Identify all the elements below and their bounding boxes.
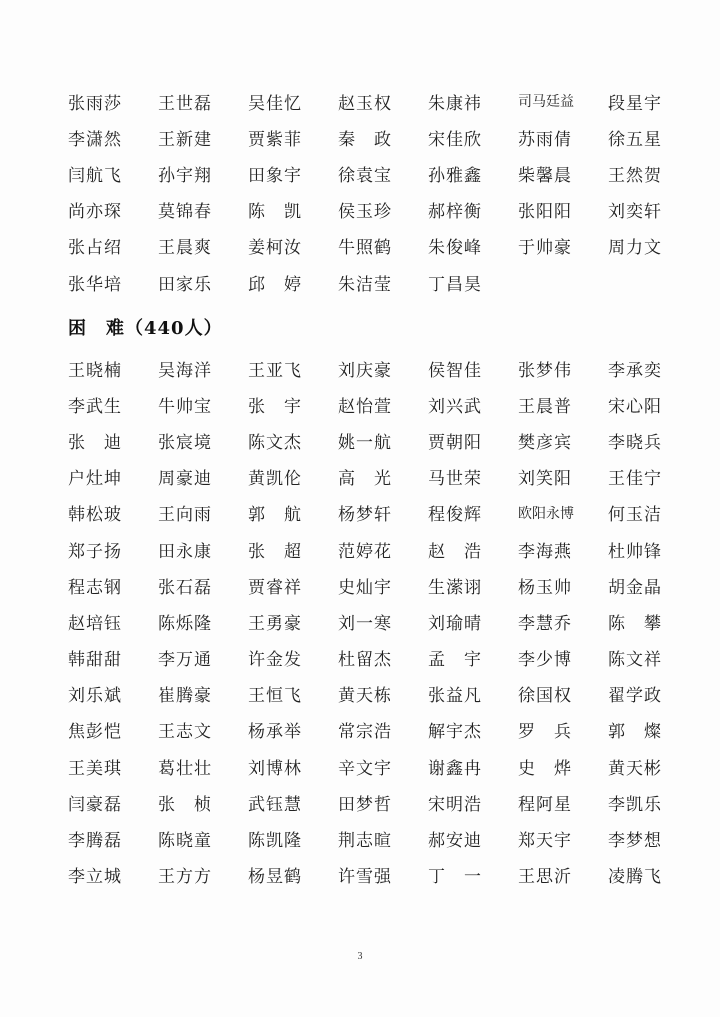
student-name: 苏雨倩 [518,125,608,150]
student-name: 郭 燦 [608,717,698,742]
student-name: 闫豪磊 [68,790,158,815]
student-name: 翟学政 [608,681,698,706]
student-name: 赵玉权 [338,89,428,114]
student-name: 辛文宇 [338,754,428,779]
student-name: 刘瑜晴 [428,609,518,634]
student-name: 郝安迪 [428,826,518,851]
student-name: 李慧乔 [518,609,608,634]
student-name: 田家乐 [158,270,248,295]
student-name: 吴佳忆 [248,89,338,114]
student-name: 王恒飞 [248,681,338,706]
student-name: 王然贺 [608,161,698,186]
student-name: 王勇豪 [248,609,338,634]
name-row: 王晓楠吴海洋王亚飞刘庆豪侯智佳张梦伟李承奕 [68,350,708,386]
student-name: 李万通 [158,645,248,670]
student-name: 李腾磊 [68,826,158,851]
name-row: 李腾磊陈晓童陈凯隆荆志暄郝安迪郑天宇李梦想 [68,820,708,856]
student-name: 姚一航 [338,428,428,453]
student-name: 赵培钰 [68,609,158,634]
student-name: 黄凯伦 [248,464,338,489]
student-name: 张 宇 [248,392,338,417]
student-name: 荆志暄 [338,826,428,851]
student-name: 田象宇 [248,161,338,186]
student-name: 张阳阳 [518,197,608,222]
student-name: 陈晓童 [158,826,248,851]
student-name: 陈 凯 [248,197,338,222]
page-number: 3 [0,951,720,962]
student-name: 朱康祎 [428,89,518,114]
document-page: 张雨莎王世磊吴佳忆赵玉权朱康祎司马廷益段星宇李潇然王新建贾紫菲秦 政宋佳欣苏雨倩… [0,0,720,1017]
student-name: 杜帅锋 [608,537,698,562]
student-name: 王世磊 [158,89,248,114]
student-name: 张 迪 [68,428,158,453]
student-name: 李立城 [68,862,158,887]
student-name: 陈文祥 [608,645,698,670]
student-name: 王佳宁 [608,464,698,489]
student-name: 杨承举 [248,717,338,742]
student-name: 孙宇翔 [158,161,248,186]
student-name: 宋明浩 [428,790,518,815]
name-row: 闫豪磊张 桢武钰慧田梦哲宋明浩程阿星李凯乐 [68,784,708,820]
name-row: 刘乐斌崔腾豪王恒飞黄天栋张益凡徐国权翟学政 [68,676,708,712]
student-name: 韩甜甜 [68,645,158,670]
student-name: 王亚飞 [248,356,338,381]
student-name: 朱俊峰 [428,233,518,258]
student-name: 李潇然 [68,125,158,150]
student-name: 崔腾豪 [158,681,248,706]
student-name: 张雨莎 [68,89,158,114]
name-row: 韩甜甜李万通许金发杜留杰孟 宇李少博陈文祥 [68,640,708,676]
name-row: 郑子扬田永康张 超范婷花赵 浩李海燕杜帅锋 [68,531,708,567]
student-name: 柴馨晨 [518,161,608,186]
student-name: 宋佳欣 [428,125,518,150]
student-name: 张占绍 [68,233,158,258]
student-name: 李少博 [518,645,608,670]
student-name: 杨梦轩 [338,500,428,525]
student-name: 李承奕 [608,356,698,381]
student-name: 朱洁莹 [338,270,428,295]
student-name: 黄天栋 [338,681,428,706]
student-name: 陈凯隆 [248,826,338,851]
student-name: 郭 航 [248,500,338,525]
student-name: 刘奕轩 [608,197,698,222]
student-name: 黄天彬 [608,754,698,779]
student-name: 丁 一 [428,862,518,887]
student-name: 陈 攀 [608,609,698,634]
student-name: 徐五星 [608,125,698,150]
student-name: 李凯乐 [608,790,698,815]
student-name: 王晓楠 [68,356,158,381]
student-name: 凌腾飞 [608,862,698,887]
student-name: 高 光 [338,464,428,489]
student-name: 罗 兵 [518,717,608,742]
name-row: 韩松玻王向雨郭 航杨梦轩程俊辉欧阳永博何玉洁 [68,495,708,531]
student-name: 张华培 [68,270,158,295]
name-row: 张 迪张宸境陈文杰姚一航贾朝阳樊彦宾李晓兵 [68,422,708,458]
student-name: 李梦想 [608,826,698,851]
student-name: 王晨普 [518,392,608,417]
student-name: 周豪迪 [158,464,248,489]
student-name: 田永康 [158,537,248,562]
student-name: 焦彭恺 [68,717,158,742]
student-name: 于帅豪 [518,233,608,258]
student-name: 郑子扬 [68,537,158,562]
name-row: 李武生牛帅宝张 宇赵怡萱刘兴武王晨普宋心阳 [68,386,708,422]
student-name: 赵 浩 [428,537,518,562]
student-name: 王晨爽 [158,233,248,258]
student-name: 丁昌昊 [428,270,518,295]
student-name: 李武生 [68,392,158,417]
student-name: 李晓兵 [608,428,698,453]
student-name: 闫航飞 [68,161,158,186]
student-name: 宋心阳 [608,392,698,417]
student-name: 杨昱鹤 [248,862,338,887]
student-name: 解宇杰 [428,717,518,742]
student-name: 许雪强 [338,862,428,887]
student-name: 李海燕 [518,537,608,562]
student-name: 张宸境 [158,428,248,453]
student-name: 徐袁宝 [338,161,428,186]
student-name: 莫锦春 [158,197,248,222]
name-list-difficult: 王晓楠吴海洋王亚飞刘庆豪侯智佳张梦伟李承奕李武生牛帅宝张 宇赵怡萱刘兴武王晨普宋… [68,350,708,893]
name-row: 张华培田家乐邱 婷朱洁莹丁昌昊 [68,264,708,300]
student-name: 王新建 [158,125,248,150]
student-name: 程阿星 [518,790,608,815]
student-name: 刘兴武 [428,392,518,417]
student-name: 生潆诩 [428,573,518,598]
student-name: 姜柯汝 [248,233,338,258]
student-name: 史 烨 [518,754,608,779]
name-row: 程志钢张石磊贾睿祥史灿宇生潆诩杨玉帅胡金晶 [68,567,708,603]
name-row: 张雨莎王世磊吴佳忆赵玉权朱康祎司马廷益段星宇 [68,83,708,119]
student-name: 胡金晶 [608,573,698,598]
student-name: 孟 宇 [428,645,518,670]
student-name: 范婷花 [338,537,428,562]
student-name: 程俊辉 [428,500,518,525]
name-row: 赵培钰陈烁隆王勇豪刘一寒刘瑜晴李慧乔陈 攀 [68,603,708,639]
student-name: 牛照鹤 [338,233,428,258]
student-name: 陈文杰 [248,428,338,453]
student-name: 周力文 [608,233,698,258]
student-name: 刘博林 [248,754,338,779]
student-name: 侯智佳 [428,356,518,381]
student-name: 刘庆豪 [338,356,428,381]
student-name: 孙雅鑫 [428,161,518,186]
student-name: 刘一寒 [338,609,428,634]
name-row: 焦彭恺王志文杨承举常宗浩解宇杰罗 兵郭 燦 [68,712,708,748]
name-row: 张占绍王晨爽姜柯汝牛照鹤朱俊峰于帅豪周力文 [68,228,708,264]
student-name: 杜留杰 [338,645,428,670]
student-name: 马世荣 [428,464,518,489]
student-name: 赵怡萱 [338,392,428,417]
student-name: 刘乐斌 [68,681,158,706]
student-name: 田梦哲 [338,790,428,815]
student-name: 王方方 [158,862,248,887]
section-heading-difficult: 困 难（440人） [68,314,223,340]
student-name: 王志文 [158,717,248,742]
student-name: 郑天宇 [518,826,608,851]
student-name: 司马廷益 [518,91,608,111]
student-name: 徐国权 [518,681,608,706]
student-name: 尚亦琛 [68,197,158,222]
student-name: 常宗浩 [338,717,428,742]
student-name: 何玉洁 [608,500,698,525]
student-name: 张 超 [248,537,338,562]
student-name: 王美琪 [68,754,158,779]
name-row: 户灶坤周豪迪黄凯伦高 光马世荣刘笑阳王佳宁 [68,459,708,495]
student-name: 刘笑阳 [518,464,608,489]
student-name: 程志钢 [68,573,158,598]
student-name: 邱 婷 [248,270,338,295]
student-name: 许金发 [248,645,338,670]
student-name: 韩松玻 [68,500,158,525]
student-name: 郝梓衡 [428,197,518,222]
student-name: 侯玉珍 [338,197,428,222]
name-row: 尚亦琛莫锦春陈 凯侯玉珍郝梓衡张阳阳刘奕轩 [68,192,708,228]
student-name: 欧阳永博 [518,503,608,523]
student-name: 史灿宇 [338,573,428,598]
student-name: 贾朝阳 [428,428,518,453]
student-name: 王思沂 [518,862,608,887]
student-name: 杨玉帅 [518,573,608,598]
student-name: 户灶坤 [68,464,158,489]
name-list-top: 张雨莎王世磊吴佳忆赵玉权朱康祎司马廷益段星宇李潇然王新建贾紫菲秦 政宋佳欣苏雨倩… [68,83,708,300]
name-row: 闫航飞孙宇翔田象宇徐袁宝孙雅鑫柴馨晨王然贺 [68,155,708,191]
student-name: 张益凡 [428,681,518,706]
student-name: 谢鑫冉 [428,754,518,779]
name-row: 李潇然王新建贾紫菲秦 政宋佳欣苏雨倩徐五星 [68,119,708,155]
student-name: 张石磊 [158,573,248,598]
student-name: 段星宇 [608,89,698,114]
student-name: 葛壮壮 [158,754,248,779]
name-row: 王美琪葛壮壮刘博林辛文宇谢鑫冉史 烨黄天彬 [68,748,708,784]
student-name: 张 桢 [158,790,248,815]
student-name: 贾睿祥 [248,573,338,598]
name-row: 李立城王方方杨昱鹤许雪强丁 一王思沂凌腾飞 [68,857,708,893]
student-name: 贾紫菲 [248,125,338,150]
student-name: 牛帅宝 [158,392,248,417]
student-name: 秦 政 [338,125,428,150]
student-name: 王向雨 [158,500,248,525]
student-name: 张梦伟 [518,356,608,381]
student-name: 陈烁隆 [158,609,248,634]
student-name: 吴海洋 [158,356,248,381]
student-name: 樊彦宾 [518,428,608,453]
student-name: 武钰慧 [248,790,338,815]
